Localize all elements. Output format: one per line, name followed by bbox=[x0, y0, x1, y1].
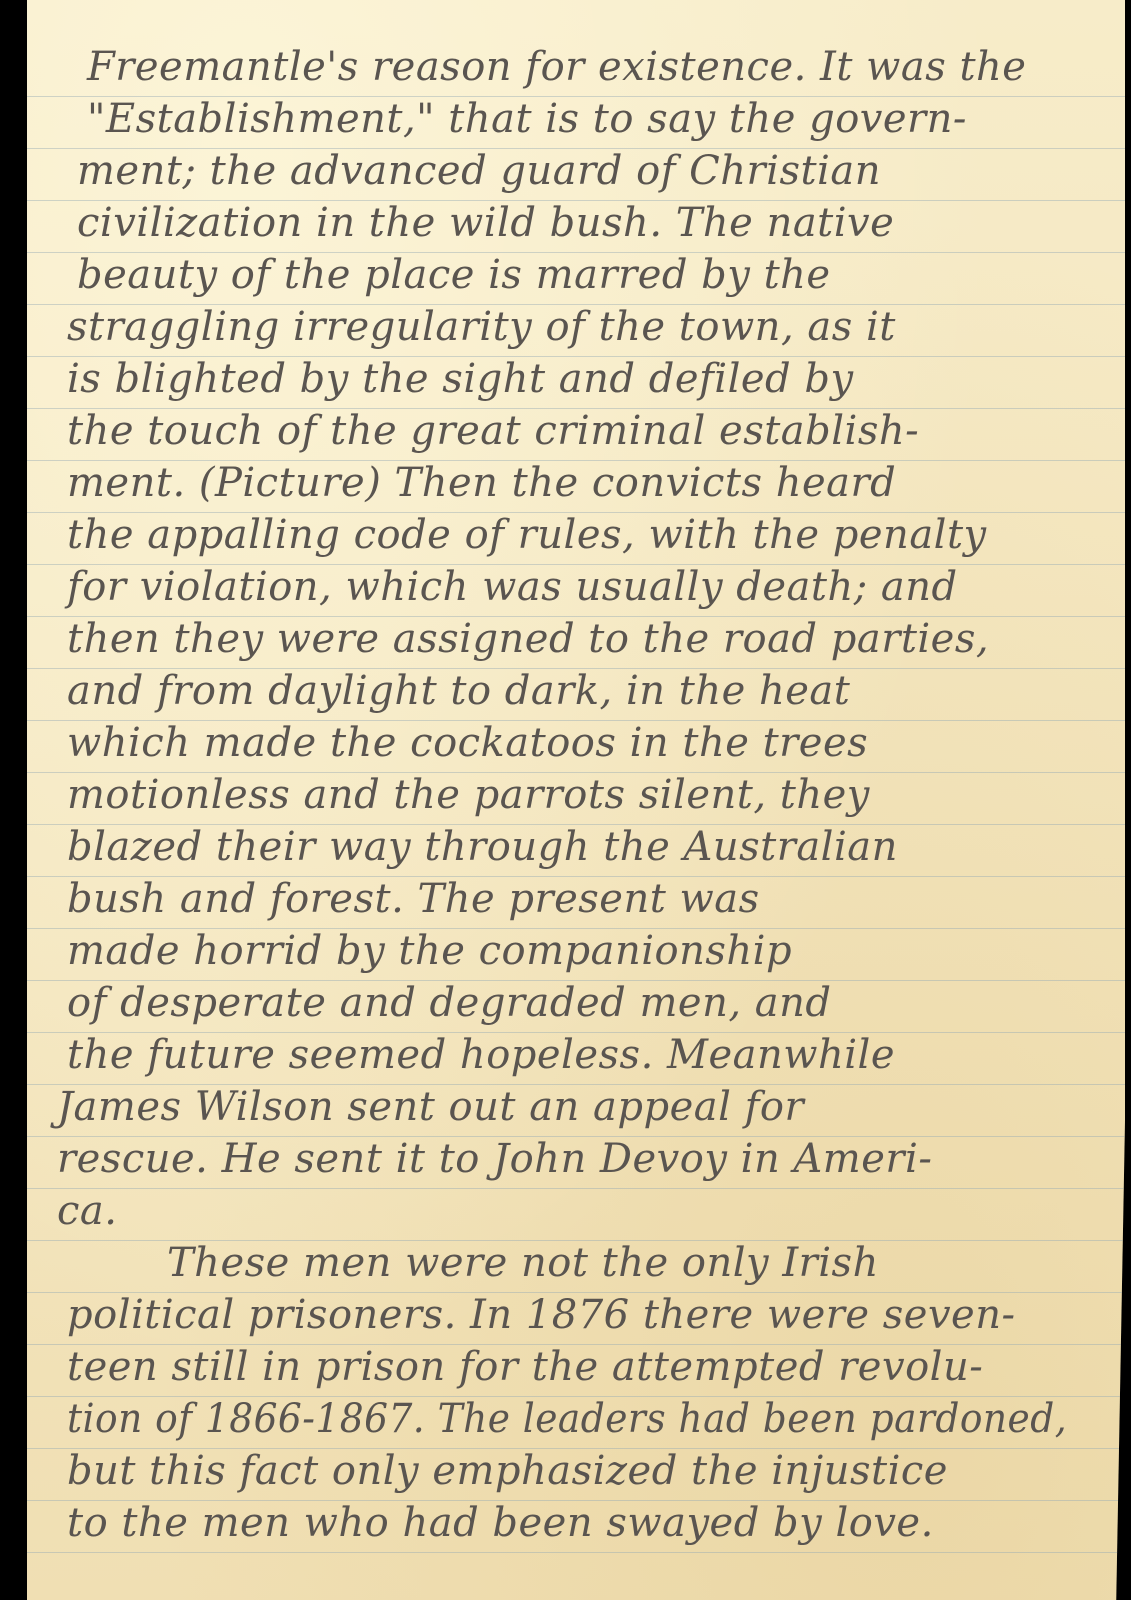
text-line: bush and forest. The present was bbox=[67, 876, 760, 922]
text-line: made horrid by the companionship bbox=[67, 928, 792, 974]
text-line: to the men who had been swayed by love. bbox=[67, 1500, 934, 1546]
text-line: which made the cockatoos in the trees bbox=[67, 720, 868, 766]
text-line: tion of 1866-1867. The leaders had been … bbox=[67, 1396, 1067, 1442]
text-line: teen still in prison for the attempted r… bbox=[67, 1344, 983, 1390]
text-line: is blighted by the sight and defiled by bbox=[67, 356, 854, 402]
text-line: James Wilson sent out an appeal for bbox=[57, 1084, 804, 1130]
text-line: ment; the advanced guard of Christian bbox=[77, 148, 881, 194]
text-line: These men were not the only Irish bbox=[167, 1240, 879, 1286]
text-line: rescue. He sent it to John Devoy in Amer… bbox=[57, 1136, 932, 1182]
text-line: political prisoners. In 1876 there were … bbox=[67, 1292, 1016, 1338]
text-line: of desperate and degraded men, and bbox=[67, 980, 832, 1026]
text-line: but this fact only emphasized the injust… bbox=[67, 1448, 948, 1494]
text-line: the touch of the great criminal establis… bbox=[67, 408, 919, 454]
ruled-line bbox=[27, 1552, 1125, 1553]
text-line: the appalling code of rules, with the pe… bbox=[67, 512, 987, 558]
text-line: and from daylight to dark, in the heat bbox=[67, 668, 850, 714]
text-line: straggling irregularity of the town, as … bbox=[67, 304, 896, 350]
text-line: "Establishment," that is to say the gove… bbox=[87, 96, 967, 142]
text-line: civilization in the wild bush. The nativ… bbox=[77, 200, 894, 246]
text-line: the future seemed hopeless. Meanwhile bbox=[67, 1032, 895, 1078]
text-line: motionless and the parrots silent, they bbox=[67, 772, 870, 818]
text-line: beauty of the place is marred by the bbox=[77, 252, 831, 298]
text-line: blazed their way through the Australian bbox=[67, 824, 898, 870]
text-line: for violation, which was usually death; … bbox=[67, 564, 958, 610]
text-line: Freemantle's reason for existence. It wa… bbox=[87, 44, 1026, 90]
manuscript-page: Freemantle's reason for existence. It wa… bbox=[27, 0, 1125, 1600]
ruled-line bbox=[27, 1188, 1125, 1189]
text-line: then they were assigned to the road part… bbox=[67, 616, 989, 662]
text-line: ment. (Picture) Then the convicts heard bbox=[67, 460, 896, 506]
text-line: ca. bbox=[57, 1188, 117, 1234]
